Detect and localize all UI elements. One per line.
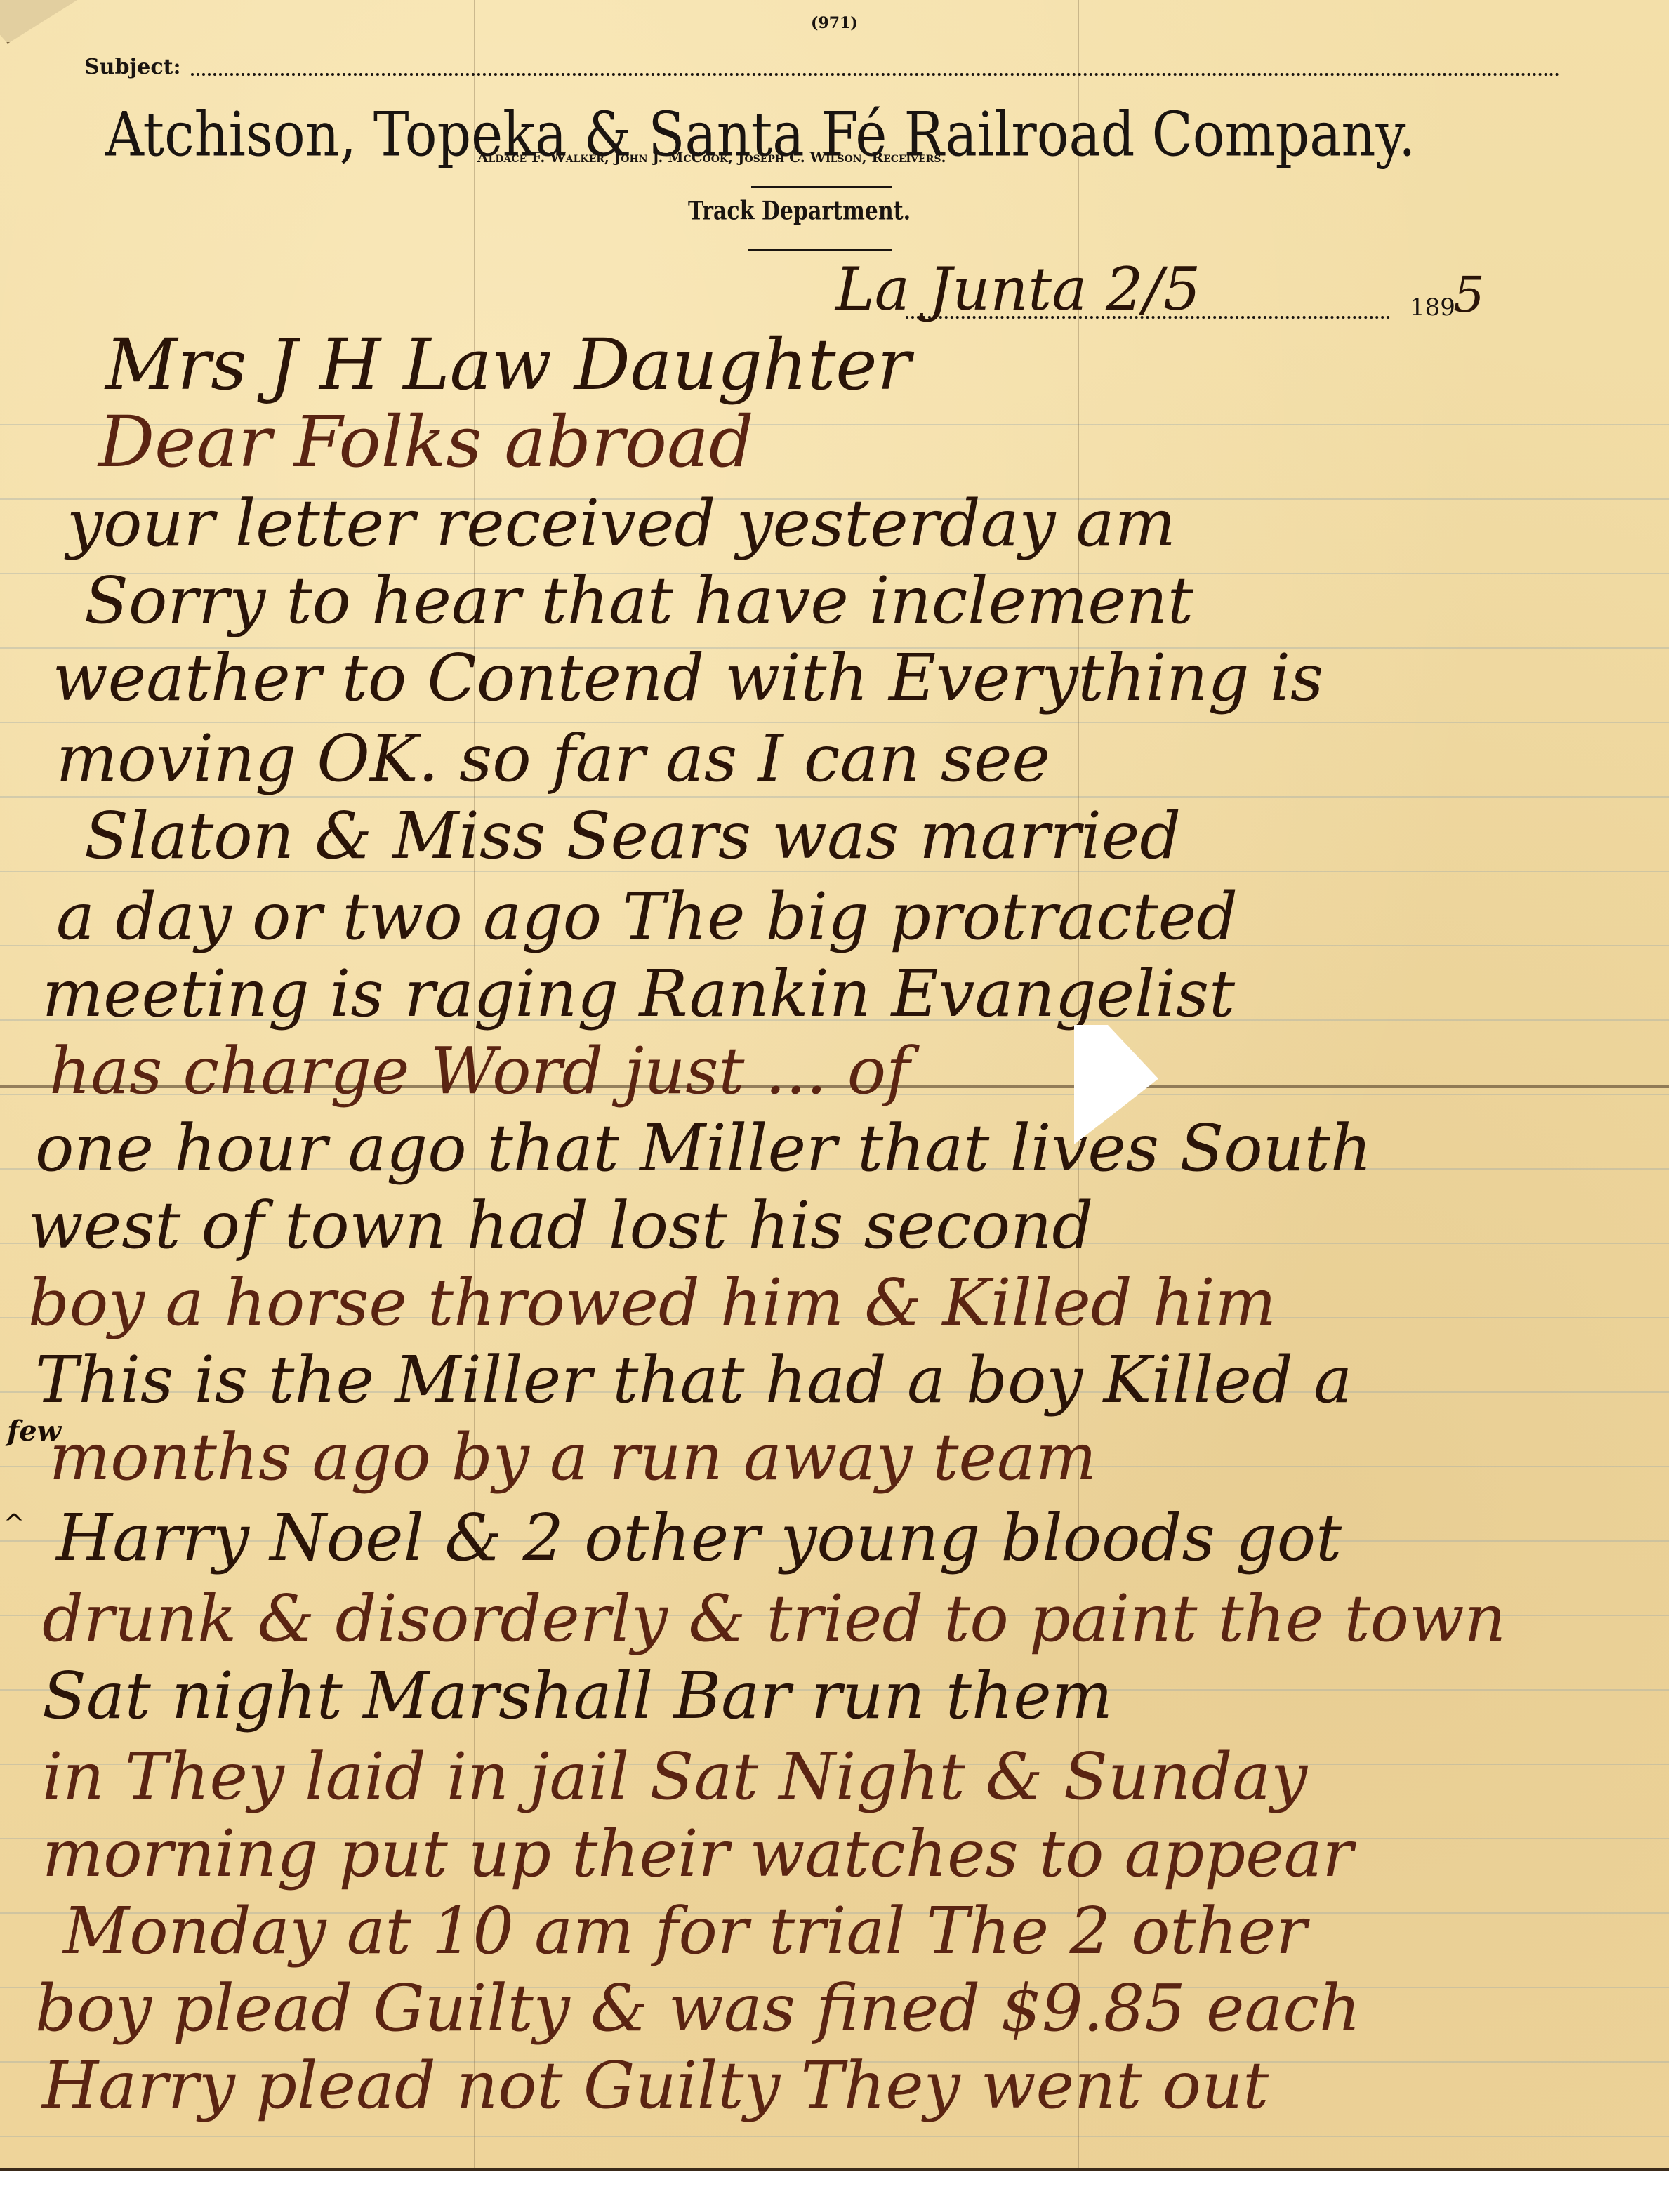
year-suffix: 5 xyxy=(1453,270,1485,319)
greeting: Dear Folks abroad xyxy=(98,407,754,477)
body-line: Sat night Marshall Bar run them xyxy=(42,1664,1113,1728)
body-line: weather to Contend with Everything is xyxy=(53,646,1323,710)
body-line: has charge Word just ... of xyxy=(49,1039,910,1104)
body-line: Slaton & Miss Sears was married xyxy=(84,804,1181,868)
letter-sheet: (971) Subject: Atchison, Topeka & Santa … xyxy=(0,0,1669,2168)
body-line: months ago by a run away team xyxy=(49,1425,1097,1490)
body-line: boy a horse throwed him & Killed him xyxy=(28,1271,1276,1335)
body-line: boy plead Guilty & was fined $9.85 each xyxy=(35,1976,1361,2041)
body-line: one hour ago that Miller that lives Sout… xyxy=(35,1116,1372,1181)
body-line: drunk & disorderly & tried to paint the … xyxy=(42,1587,1506,1651)
body-line: Monday at 10 am for trial The 2 other xyxy=(63,1899,1307,1964)
divider-rule xyxy=(751,186,892,188)
margin-annotation: few xyxy=(7,1415,61,1448)
year-prefix: 189 xyxy=(1410,293,1455,322)
department-name: Track Department. xyxy=(688,197,911,226)
body-line: in They laid in jail Sat Night & Sunday xyxy=(42,1745,1307,1809)
body-line: a day or two ago The big protracted xyxy=(56,885,1238,949)
body-line: moving OK. so far as I can see xyxy=(56,727,1050,791)
folded-corner xyxy=(0,0,77,44)
body-line: your letter received yesterday am xyxy=(67,491,1176,556)
body-line: meeting is raging Rankin Evangelist xyxy=(42,962,1235,1026)
divider-rule xyxy=(748,249,892,251)
body-line: Harry plead not Guilty They went out xyxy=(42,2053,1269,2118)
form-number: (971) xyxy=(811,14,858,32)
insertion-caret: ^ xyxy=(4,1509,25,1538)
body-line: morning put up their watches to appear xyxy=(42,1822,1354,1886)
addressee: Mrs J H Law Daughter xyxy=(105,330,911,400)
place-date: La Junta 2/5 xyxy=(835,260,1201,319)
subject-dotted-line xyxy=(191,73,1560,76)
body-line: This is the Miller that had a boy Killed… xyxy=(35,1348,1352,1413)
body-line: Sorry to hear that have inclement xyxy=(84,569,1193,633)
subject-label: Subject: xyxy=(84,55,181,79)
body-line: west of town had lost his second xyxy=(28,1193,1093,1258)
receivers-line: Aldace F. Walker, John J. McCook, Joseph… xyxy=(477,149,946,166)
body-line: Harry Noel & 2 other young bloods got xyxy=(56,1506,1342,1570)
